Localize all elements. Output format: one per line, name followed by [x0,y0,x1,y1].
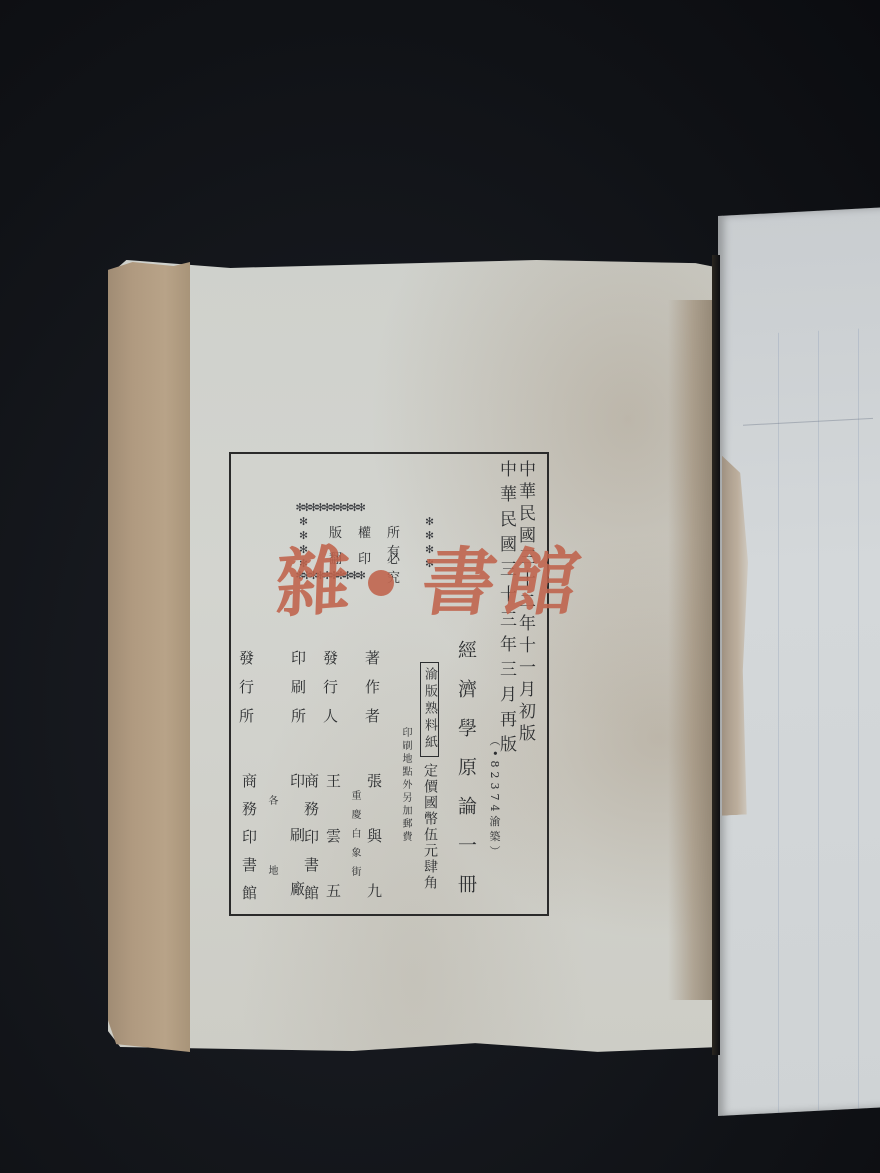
asterisk-border-top: ✻✻✻✻✻✻✻✻✻✻ [296,500,436,515]
faint-ruled-line [858,329,859,1109]
postage-note: 印刷地點外另加郵費 [400,727,410,844]
faint-ruled-line [818,331,819,1111]
watermark-char: 書 [417,546,501,620]
book-title: 經濟學原論一冊 [456,640,475,913]
faint-ruled-line [778,333,779,1113]
author-name: 張與九 [366,773,381,938]
book-code: （•82374渝築） [489,735,500,860]
faint-horizontal-line [743,418,873,426]
torn-page-edge [722,454,748,815]
distributor-name: 商務印書館 [241,773,256,913]
author-label: 著作者 [364,650,379,737]
publisher-address: 重慶白象街 [349,790,359,885]
water-stain [668,300,718,1000]
book-gutter [712,255,720,1055]
publisher-label: 發行人 [322,650,337,737]
watermark-dot [368,570,394,596]
printer-label: 印刷所 [290,650,305,737]
paper-type-label: 渝版熟料紙 [420,662,439,757]
watermark-logo: 雜 書 館 [276,528,606,638]
publisher-name: 王雲五 [325,773,340,938]
watermark-char: 館 [497,546,584,620]
facing-page [718,207,880,1116]
printer-factory: 印刷廠 [289,773,304,935]
spine-repair-tape [108,262,190,1052]
distributor-branches: 各地 [266,795,276,935]
watermark-char: 雜 [275,543,351,623]
price: 定價國幣伍元肆角 [423,763,437,891]
distributor-label: 發行所 [238,650,253,737]
